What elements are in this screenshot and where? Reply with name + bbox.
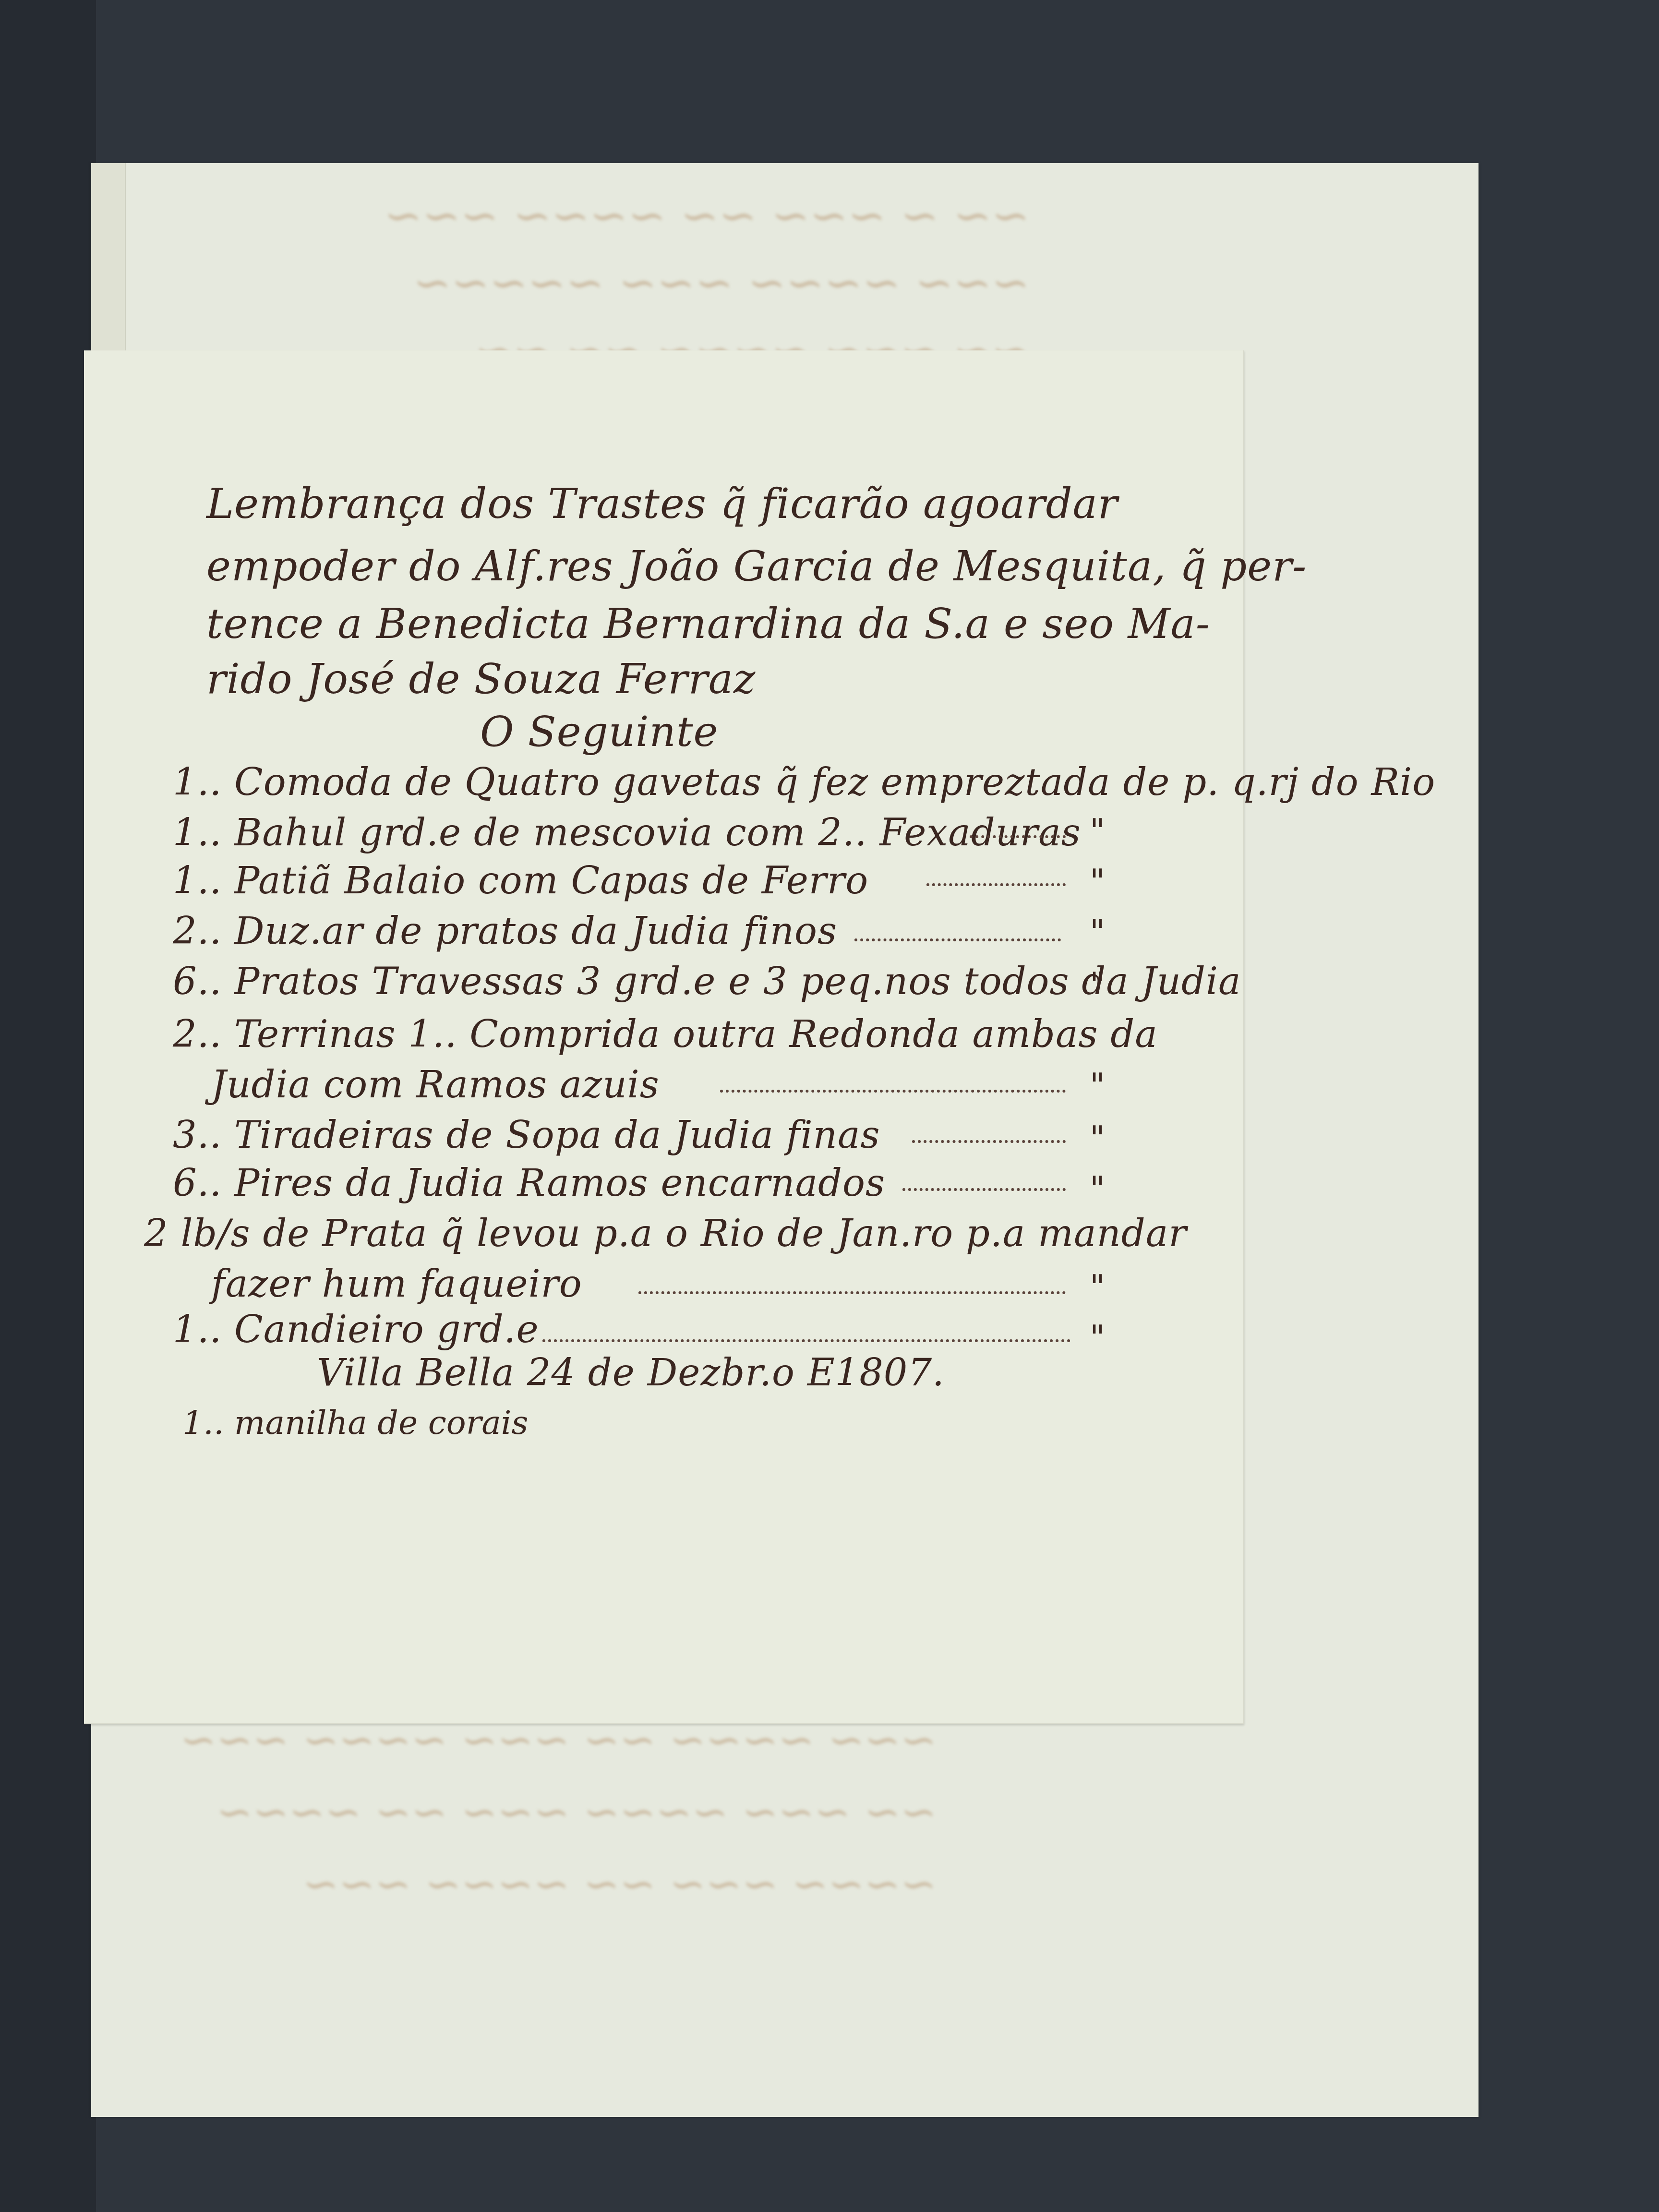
heading-line-2: empoder do Alf.res João Garcia de Mesqui… xyxy=(206,542,1307,590)
ditto-mark: " xyxy=(1090,965,1105,1004)
leader-dots xyxy=(638,1291,1066,1294)
item-line: 1.. Bahul grd.e de mescovia com 2.. Fexa… xyxy=(173,811,1081,854)
ditto-mark: " xyxy=(1090,912,1105,951)
item-line: 6.. Pires da Judia Ramos encarnados xyxy=(173,1162,885,1205)
leader-dots xyxy=(854,938,1061,941)
dateline: Villa Bella 24 de Dezbr.o E1807. xyxy=(317,1351,945,1395)
item-line: 2 lb/s de Prata q̃ levou p.a o Rio de Ja… xyxy=(144,1212,1187,1255)
ditto-mark: " xyxy=(1090,1318,1105,1357)
item-line: 1.. Patiã Balaio com Capas de Ferro xyxy=(173,859,868,902)
sheet-fold-edge xyxy=(91,163,126,350)
ditto-mark: " xyxy=(1090,1267,1105,1307)
leader-dots xyxy=(926,883,1066,886)
item-line: 1.. Candieiro grd.e xyxy=(173,1308,539,1351)
heading-line-1: Lembrança dos Trastes q̃ ficarão agoarda… xyxy=(206,480,1118,528)
heading-line-4: rido José de Souza Ferraz xyxy=(206,655,756,703)
leader-dots xyxy=(912,1140,1066,1143)
leader-dots xyxy=(902,1188,1066,1191)
item-line: 6.. Pratos Travessas 3 grd.e e 3 peq.nos… xyxy=(173,960,1241,1003)
ditto-mark: " xyxy=(1090,811,1105,851)
item-line: 2.. Terrinas 1.. Comprida outra Redonda … xyxy=(173,1013,1158,1056)
ditto-mark: " xyxy=(1090,1118,1105,1158)
backdrop xyxy=(0,0,96,2212)
item-line: 2.. Duz.ar de pratos da Judia finos xyxy=(173,910,837,953)
leader-dots xyxy=(542,1339,1070,1342)
item-line: 3.. Tiradeiras de Sopa da Judia finas xyxy=(173,1114,880,1157)
leader-dots xyxy=(970,835,1066,838)
subheading: O Seguinte xyxy=(480,708,718,756)
item-line: 1.. Comoda de Quatro gavetas q̃ fez empr… xyxy=(173,761,1435,804)
ditto-mark: " xyxy=(1090,1066,1105,1105)
item-line: fazer hum faqueiro xyxy=(211,1262,582,1306)
addendum-line: 1.. manilha de corais xyxy=(182,1404,528,1442)
leader-dots xyxy=(720,1090,1066,1093)
ditto-mark: " xyxy=(1090,1169,1105,1208)
heading-line-3: tence a Benedicta Bernardina da S.a e se… xyxy=(206,600,1210,648)
ditto-mark: " xyxy=(1090,862,1105,901)
item-line: Judia com Ramos azuis xyxy=(211,1063,660,1106)
